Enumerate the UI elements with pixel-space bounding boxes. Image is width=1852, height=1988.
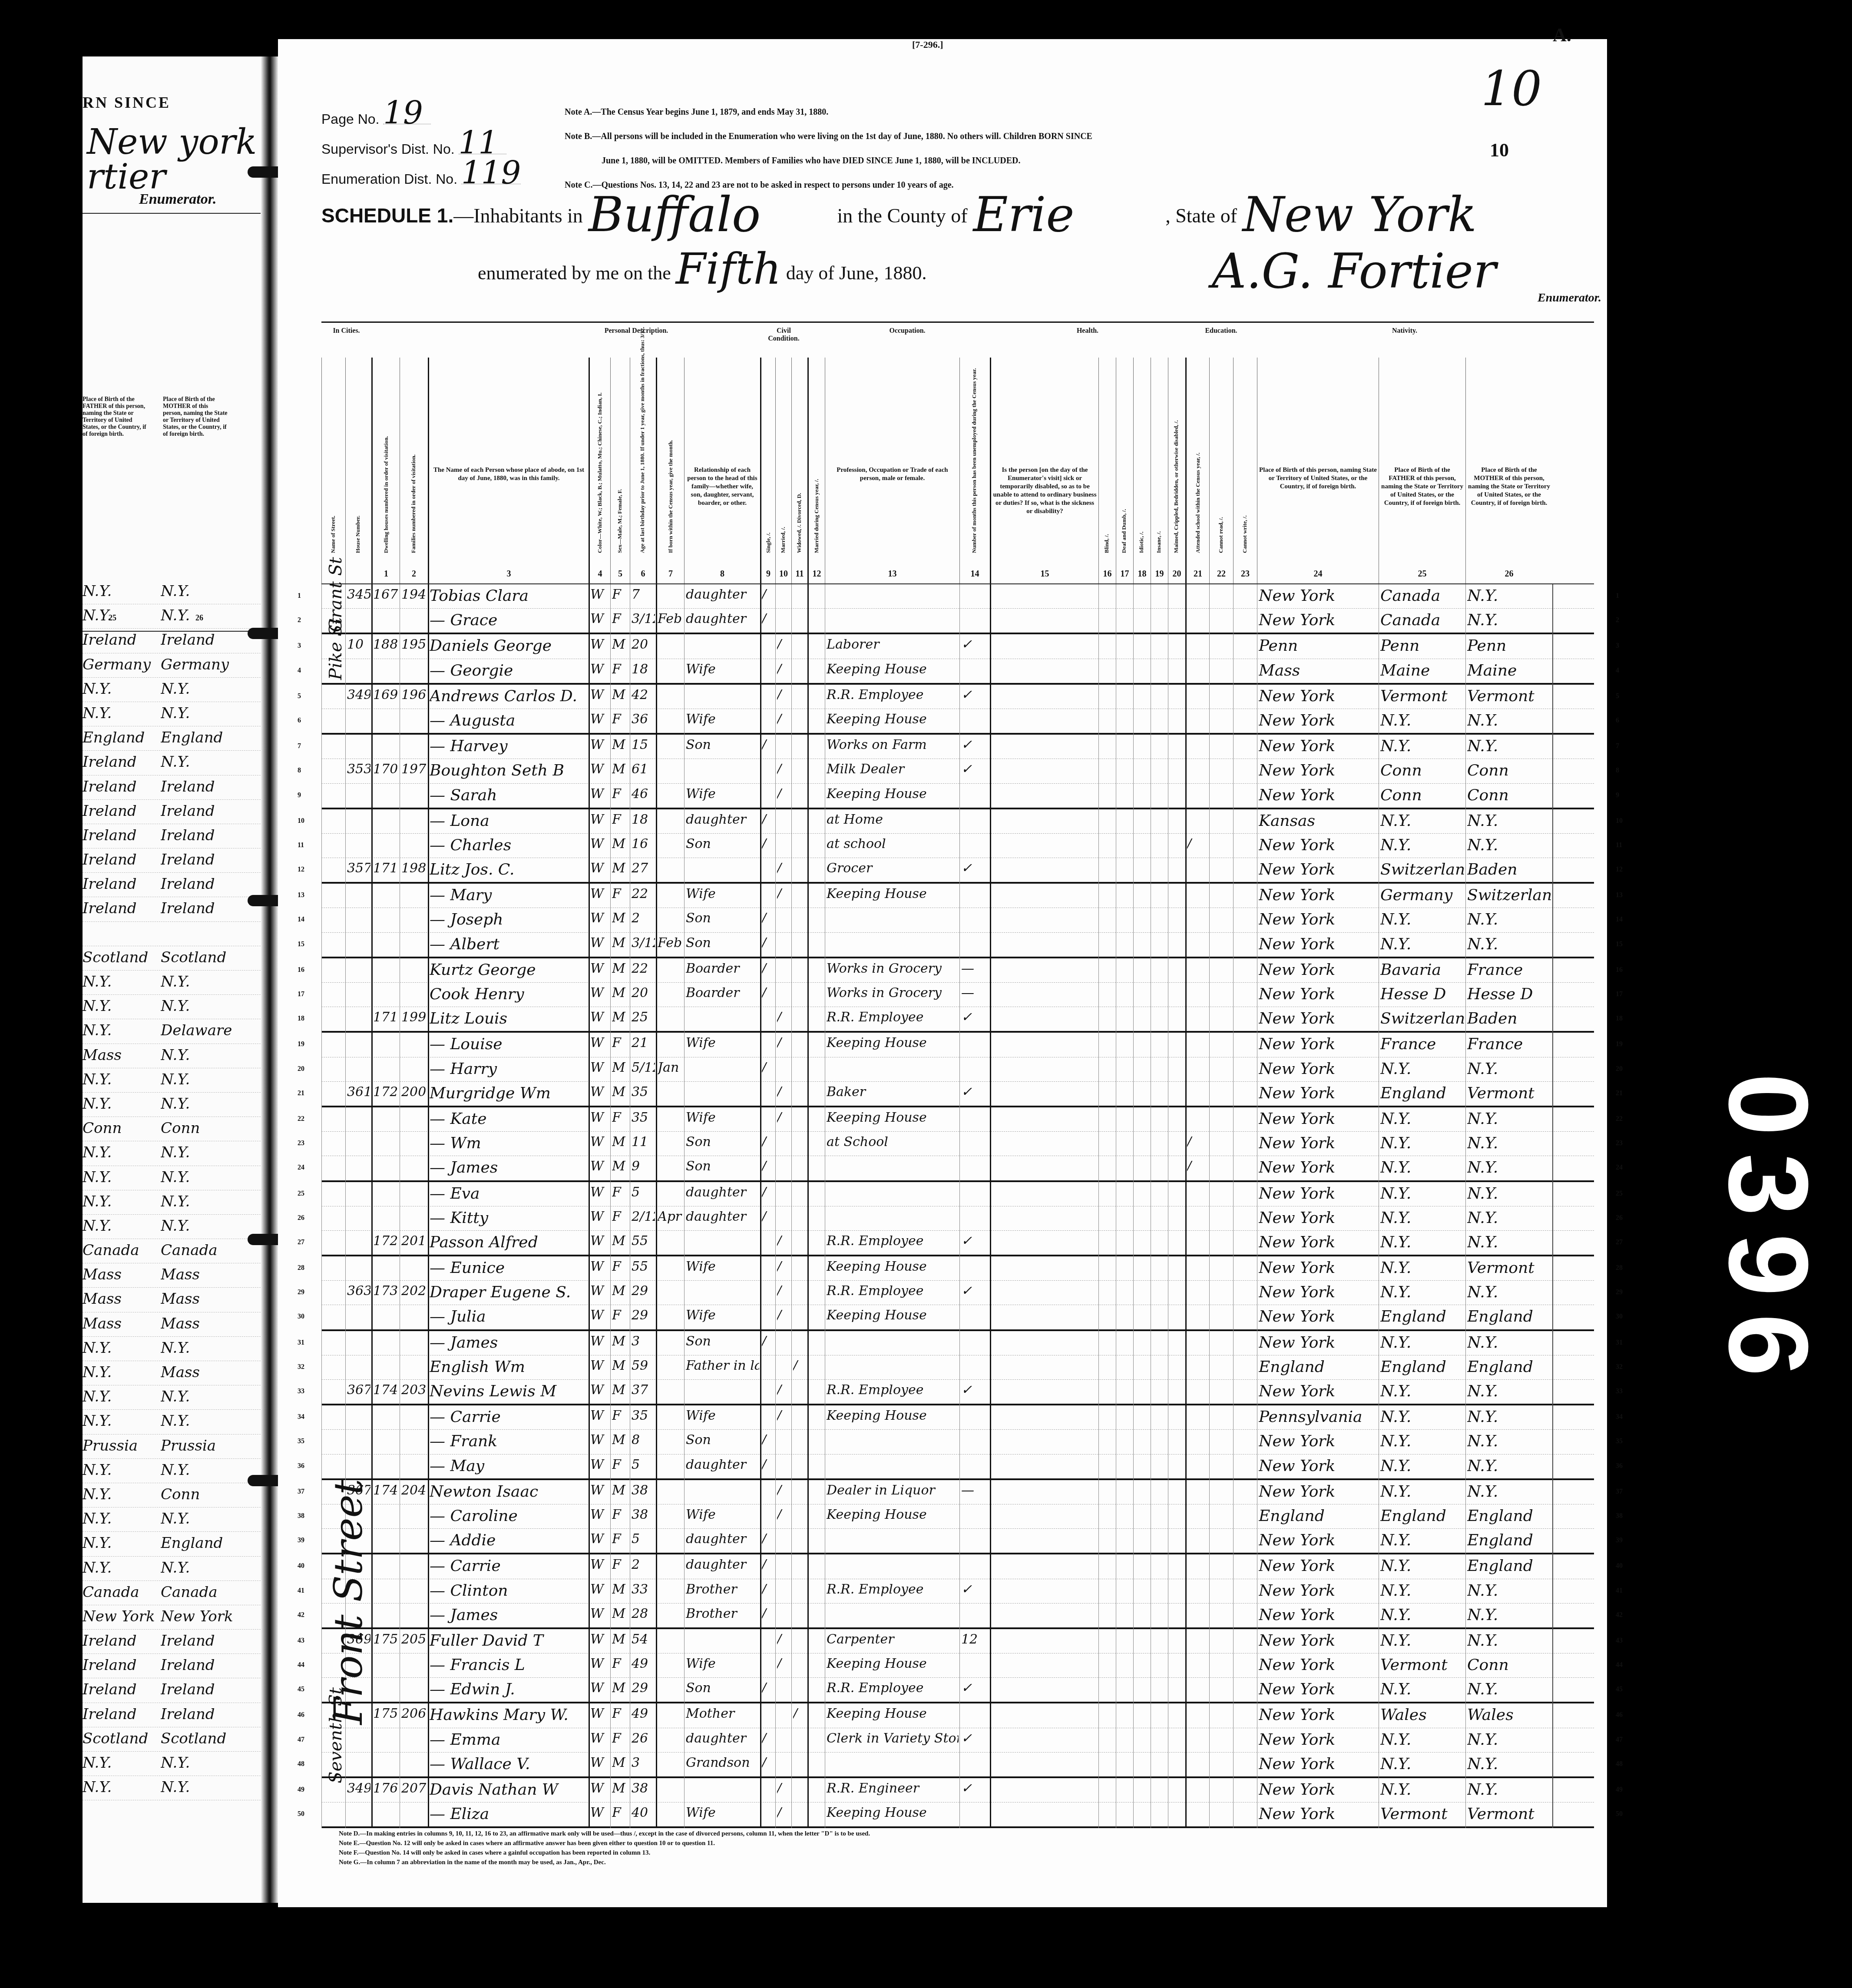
grid-line	[1098, 584, 1099, 1828]
enumeration-date-line: enumerated by me on the Fifth day of Jun…	[478, 243, 927, 294]
cell-color: W	[590, 1656, 609, 1671]
line-number-right: 21	[1616, 1090, 1623, 1097]
column-header-text: Sex—Male, M.; Female, F.	[616, 489, 623, 553]
table-row: 4— GeorgieWF18Wife/Keeping HouseMassMain…	[321, 659, 1594, 685]
line-number-right: 50	[1616, 1810, 1623, 1818]
line-number: 35	[298, 1438, 304, 1445]
footnotes: Note D.—In making entries in columns 9, …	[339, 1829, 870, 1867]
prev-row: IrelandIreland45	[83, 1654, 261, 1678]
table-row: 16Kurtz GeorgeWM22Boarder/Works in Groce…	[321, 958, 1594, 983]
table-row: 34— CarrieWF35Wife/Keeping HousePennsylv…	[321, 1405, 1594, 1430]
table-row: 6— AugustaWF36Wife/Keeping HouseNew York…	[321, 709, 1594, 735]
cell-pob: New York	[1259, 762, 1378, 779]
cell-name: — Caroline	[430, 1507, 588, 1525]
cell-sex: M	[612, 961, 629, 976]
cell-color: W	[590, 985, 609, 1001]
cell-age: 28	[632, 1606, 655, 1621]
grid-line	[1209, 584, 1210, 1828]
note-a: Note A.—The Census Year begins June 1, 1…	[565, 100, 1092, 124]
line-number: 47	[298, 1736, 304, 1744]
cell-occ: Keeping House	[827, 662, 959, 677]
note-d: Note D.—In making entries in columns 9, …	[339, 1829, 870, 1839]
cell-occ: Keeping House	[827, 1035, 959, 1050]
cell-fpob: Switzerland	[1380, 861, 1465, 878]
cell-pob: New York	[1259, 1606, 1378, 1624]
line-number-right: 23	[1616, 1140, 1623, 1147]
line-number-right: 2	[1616, 616, 1619, 624]
prev-row: N.Y.N.Y.32	[83, 1337, 261, 1361]
prev-row: N.Y.England40	[83, 1532, 261, 1556]
cell-name: — Edwin J.	[430, 1680, 588, 1698]
cell-pob: Mass	[1259, 662, 1378, 679]
cell-sex: M	[612, 1382, 629, 1398]
line-number: 12	[298, 866, 304, 874]
cell-fpob: N.Y.	[1380, 1233, 1465, 1251]
prev-cell-26: England	[161, 1534, 223, 1552]
prev-cell-25: N.Y.	[83, 1486, 161, 1503]
column-header-8: Relationship of each person to the head …	[684, 358, 760, 583]
column-header-18: Idiotic, /.18	[1133, 358, 1151, 583]
cell-occ: at school	[827, 836, 959, 852]
street-name: Seventh St	[326, 1687, 346, 1783]
cell-color: W	[590, 712, 609, 727]
cell-occ: Keeping House	[827, 786, 959, 802]
prev-cell-25: N.Y.	[83, 1779, 161, 1796]
cell-sex: F	[612, 611, 629, 626]
cell-widowed: /	[793, 1358, 807, 1373]
header-group-occupation: Occupation.	[825, 323, 990, 335]
column-number: 18	[1134, 569, 1151, 579]
cell-age: 38	[632, 1483, 655, 1498]
cell-mpob: N.Y.	[1467, 1582, 1551, 1600]
prev-cell-25: Ireland	[83, 875, 161, 893]
cell-married: /	[777, 1507, 790, 1522]
cell-name: — Charles	[430, 836, 588, 854]
cell-sex: M	[612, 1358, 629, 1373]
prev-cell-26: N.Y.	[161, 583, 190, 600]
film-frame-number: 0396	[1703, 1073, 1833, 1203]
prev-cell-26: N.Y.	[161, 1754, 190, 1772]
cell-school: /	[1187, 1134, 1208, 1150]
cell-name: — James	[430, 1334, 588, 1352]
cell-age: 3	[632, 1334, 655, 1349]
cell-fam: 200	[401, 1084, 427, 1100]
note-b-cont: June 1, 1880, will be OMITTED. Members o…	[565, 149, 1092, 173]
cell-color: W	[590, 1382, 609, 1398]
prev-cell-25: N.Y.	[83, 1412, 161, 1430]
cell-pob: Penn	[1259, 637, 1378, 655]
cell-school: /	[1187, 836, 1208, 852]
cell-married: /	[777, 637, 790, 652]
table-row: 50— ElizaWF40Wife/Keeping HouseNew YorkV…	[321, 1802, 1594, 1828]
cell-age: 59	[632, 1358, 655, 1373]
cell-single: /	[762, 1432, 774, 1448]
table-row: 20— HarryWM5/12Jan/New YorkN.Y.N.Y.20	[321, 1057, 1594, 1082]
cell-occ: R.R. Employee	[827, 1283, 959, 1299]
cell-mpob: England	[1467, 1531, 1551, 1549]
table-row: 31— JamesWM3Son/New YorkN.Y.N.Y.31	[321, 1331, 1594, 1355]
prev-row: N.Y.N.Y.6	[83, 702, 261, 726]
prev-cell-25: Ireland	[83, 1657, 161, 1674]
cell-sex: M	[612, 1781, 629, 1796]
cell-sex: M	[612, 1755, 629, 1770]
column-number: 17	[1116, 569, 1133, 579]
cell-unemp: ✓	[961, 1582, 989, 1597]
cell-sex: F	[612, 1308, 629, 1323]
cell-color: W	[590, 737, 609, 752]
cell-sex: F	[612, 886, 629, 901]
cell-rel: Wife	[686, 1805, 759, 1820]
prev-cell-25: Ireland	[83, 802, 161, 820]
prev-cell-26: N.Y.	[161, 1071, 190, 1088]
cell-sex: F	[612, 1656, 629, 1671]
column-header-text: Cannot read, /.	[1217, 517, 1224, 553]
cell-sex: F	[612, 786, 629, 802]
table-row: 22— KateWF35Wife/Keeping HouseNew YorkN.…	[321, 1107, 1594, 1132]
cell-name: — Wm	[430, 1134, 588, 1152]
cell-occ: R.R. Employee	[827, 1010, 959, 1025]
cell-age: 33	[632, 1582, 655, 1597]
prev-row: New YorkNew York43	[83, 1605, 261, 1630]
table-row: 47— EmmaWF26daughter/Clerk in Variety St…	[321, 1728, 1594, 1753]
cell-married: /	[777, 1110, 790, 1125]
cell-age: 2	[632, 1557, 655, 1572]
cell-age: 5/12	[632, 1060, 655, 1075]
cell-color: W	[590, 1408, 609, 1423]
cell-name: — Emma	[430, 1731, 588, 1749]
cell-color: W	[590, 1283, 609, 1299]
prev-cell-25: England	[83, 729, 161, 746]
cell-fpob: England	[1380, 1308, 1465, 1325]
line-number: 18	[298, 1015, 304, 1023]
line-number: 34	[298, 1413, 304, 1421]
table-row: 32English WmWM59Father in law/EnglandEng…	[321, 1355, 1594, 1380]
column-header-text: Dwelling houses numbered in order of vis…	[383, 436, 390, 553]
cell-sex: F	[612, 1110, 629, 1125]
column-number: 7	[657, 569, 684, 579]
prev-rows: N.Y.N.Y.1N.Y.N.Y.2IrelandIreland3Germany…	[83, 580, 261, 1800]
cell-month: Jan	[658, 1060, 683, 1075]
line-number-right: 38	[1616, 1512, 1623, 1520]
prev-cell-25: N.Y.	[83, 1534, 161, 1552]
cell-mpob: N.Y.	[1467, 1731, 1551, 1749]
table-row: 17Cook HenryWM20Boarder/Works in Grocery…	[321, 983, 1594, 1007]
cell-fpob: N.Y.	[1380, 1680, 1465, 1698]
cell-occ: Keeping House	[827, 1706, 959, 1721]
cell-name: — Eva	[430, 1185, 588, 1203]
column-header-1: Dwelling houses numbered in order of vis…	[371, 358, 400, 583]
note-g: Note G.—In column 7 an abbreviation in t…	[339, 1858, 870, 1867]
column-header-text: Number of months this person has been un…	[971, 368, 978, 553]
cell-occ: Laborer	[827, 637, 959, 652]
prev-cell-25: N.Y.	[83, 1144, 161, 1161]
prev-cell-25: N.Y.	[83, 997, 161, 1015]
line-number-right: 36	[1616, 1462, 1623, 1470]
column-header-text: Cannot write, /.	[1241, 515, 1248, 553]
table-row: 46175206Hawkins Mary W.WF49Mother/Keepin…	[321, 1703, 1594, 1728]
cell-pob: New York	[1259, 886, 1378, 904]
column-number: 19	[1151, 569, 1168, 579]
table-row: 310188195Daniels GeorgeWM20/Laborer✓Penn…	[321, 634, 1594, 659]
prev-cell-25: N.Y.	[83, 1559, 161, 1577]
cell-fpob: N.Y.	[1380, 737, 1465, 755]
grid-line	[1379, 584, 1379, 1828]
prev-cell-25: Ireland	[83, 900, 161, 917]
prev-cell-26: N.Y.	[161, 753, 190, 771]
cell-unemp: —	[961, 961, 989, 976]
cell-single: /	[762, 812, 774, 827]
prev-cell-25: N.Y.	[83, 1095, 161, 1113]
cell-dwell: 175	[373, 1632, 399, 1647]
cell-rel: Son	[686, 737, 759, 752]
header-group-nativity: Nativity.	[1257, 323, 1552, 335]
cell-mpob: Baden	[1467, 1010, 1551, 1027]
handwritten-corner-number: 10	[1481, 61, 1542, 116]
column-number: 14	[960, 569, 990, 579]
column-header-text: Widowed, /. Divorced, D.	[796, 493, 803, 553]
cell-fpob: N.Y.	[1380, 1060, 1465, 1078]
cell-fpob: Penn	[1380, 637, 1465, 655]
line-number-right: 34	[1616, 1413, 1623, 1421]
cell-name: — Kitty	[430, 1209, 588, 1227]
column-number: 25	[1379, 569, 1465, 579]
cell-occ: R.R. Employee	[827, 1680, 959, 1696]
prev-cell-25: N.Y.	[83, 1754, 161, 1772]
line-number-right: 37	[1616, 1488, 1623, 1496]
prev-col25-header: Place of Birth of the FATHER of this per…	[83, 396, 148, 438]
cell-single: /	[762, 1755, 774, 1770]
grid-line	[321, 584, 322, 1828]
prev-cell-26: Ireland	[161, 827, 215, 844]
cell-occ: Keeping House	[827, 1259, 959, 1274]
cell-mpob: N.Y.	[1467, 737, 1551, 755]
supervisor-dist: 11	[459, 132, 506, 154]
cell-sex: F	[612, 1706, 629, 1721]
prev-row: MassMass29	[83, 1263, 261, 1288]
grid-line	[1168, 584, 1168, 1828]
cell-sex: F	[612, 812, 629, 827]
column-header-text: Families numbered in order of visitation…	[410, 454, 417, 553]
cell-fpob: Vermont	[1380, 1805, 1465, 1823]
cell-married: /	[777, 1308, 790, 1323]
line-number: 31	[298, 1339, 304, 1347]
column-header-16: Blind, /.16	[1098, 358, 1116, 583]
cell-fpob: Vermont	[1380, 687, 1465, 705]
cell-color: W	[590, 935, 609, 951]
cell-fpob: N.Y.	[1380, 911, 1465, 928]
prev-cell-26: N.Y.	[161, 607, 190, 624]
cell-pob: New York	[1259, 1185, 1378, 1203]
line-number: 37	[298, 1488, 304, 1496]
cell-mpob: England	[1467, 1557, 1551, 1575]
cell-mpob: N.Y.	[1467, 1159, 1551, 1176]
cell-rel: Wife	[686, 1110, 759, 1125]
cell-pob: New York	[1259, 1308, 1378, 1325]
line-number-right: 19	[1616, 1040, 1623, 1048]
cell-single: /	[762, 1557, 774, 1572]
prev-row: N.Y.N.Y.18	[83, 995, 261, 1019]
column-header-text: Insane, /.	[1155, 531, 1162, 553]
cell-rel: daughter	[686, 1557, 759, 1572]
cell-pob: New York	[1259, 1233, 1378, 1251]
cell-mpob: N.Y.	[1467, 1185, 1551, 1203]
cell-name: — Sarah	[430, 786, 588, 804]
grid-line	[428, 584, 429, 1828]
cell-fam: 202	[401, 1283, 427, 1299]
cell-pob: New York	[1259, 1134, 1378, 1152]
cell-mpob: Vermont	[1467, 1084, 1551, 1102]
cell-name: Andrews Carlos D.	[430, 687, 588, 705]
cell-unemp: ✓	[961, 687, 989, 702]
cell-color: W	[590, 1755, 609, 1770]
grid-line	[1185, 584, 1187, 1828]
cell-fpob: N.Y.	[1380, 1334, 1465, 1352]
cell-rel: daughter	[686, 611, 759, 626]
line-number-right: 3	[1616, 642, 1619, 650]
cell-married: /	[777, 712, 790, 727]
prev-row: CanadaCanada28	[83, 1239, 261, 1263]
line-number-right: 6	[1616, 717, 1619, 725]
cell-occ: Keeping House	[827, 1308, 959, 1323]
cell-fpob: N.Y.	[1380, 1259, 1465, 1277]
prev-row: N.Y.N.Y.21	[83, 1068, 261, 1093]
cell-age: 25	[632, 1010, 655, 1025]
cell-color: W	[590, 1159, 609, 1174]
cell-fpob: Conn	[1380, 786, 1465, 804]
table-row: 40— CarrieWF2daughter/New YorkN.Y.Englan…	[321, 1554, 1594, 1579]
cell-unemp: 12	[961, 1632, 989, 1647]
cell-pob: New York	[1259, 1159, 1378, 1176]
cell-mpob: N.Y.	[1467, 1606, 1551, 1624]
cell-sex: F	[612, 1557, 629, 1572]
column-header-text: Profession, Occupation or Trade of each …	[827, 466, 958, 483]
grid-line	[684, 584, 685, 1828]
cell-pob: New York	[1259, 1755, 1378, 1773]
cell-fpob: N.Y.	[1380, 712, 1465, 729]
column-header-19: Insane, /.19	[1151, 358, 1168, 583]
cell-name: Davis Nathan W	[430, 1781, 588, 1799]
cell-name: Passon Alfred	[430, 1233, 588, 1251]
cell-name: — Albert	[430, 935, 588, 953]
cell-name: Fuller David T	[430, 1632, 588, 1650]
column-header-text: Age at last birthday prior to June 1, 18…	[639, 327, 646, 553]
line-number: 6	[298, 717, 301, 725]
line-number-right: 5	[1616, 692, 1619, 700]
cell-name: — Grace	[430, 611, 588, 629]
cell-rel: daughter	[686, 812, 759, 827]
cell-color: W	[590, 637, 609, 652]
cell-unemp: —	[961, 1483, 989, 1498]
prev-row: MassMass30	[83, 1288, 261, 1312]
cell-age: 3	[632, 1755, 655, 1770]
cell-pob: New York	[1259, 935, 1378, 953]
column-header-text: The Name of each Person whose place of a…	[431, 466, 587, 483]
cell-age: 27	[632, 861, 655, 876]
cell-color: W	[590, 611, 609, 626]
cell-mpob: Hesse D	[1467, 985, 1551, 1003]
cell-fpob: Canada	[1380, 587, 1465, 605]
prev-cell-25: Ireland	[83, 778, 161, 795]
cell-fpob: N.Y.	[1380, 1781, 1465, 1799]
line-number: 40	[298, 1562, 304, 1570]
prev-row: IrelandIreland44	[83, 1630, 261, 1654]
cell-fpob: N.Y.	[1380, 1557, 1465, 1575]
cell-fam: 204	[401, 1483, 427, 1498]
cell-color: W	[590, 911, 609, 926]
cell-dwell: 175	[373, 1706, 399, 1721]
cell-rel: daughter	[686, 1531, 759, 1547]
cell-age: 35	[632, 1084, 655, 1100]
cell-mpob: N.Y.	[1467, 1781, 1551, 1799]
cell-occ: at School	[827, 1134, 959, 1150]
prev-row: N.Y.N.Y.35	[83, 1410, 261, 1434]
cell-mpob: N.Y.	[1467, 1483, 1551, 1501]
cell-pob: England	[1259, 1507, 1378, 1525]
prev-cell-25: N.Y.	[83, 1461, 161, 1479]
prev-row: ScotlandScotland16	[83, 946, 261, 971]
binder-spine	[261, 56, 278, 1903]
column-header-text: Attended school within the Census year, …	[1194, 453, 1201, 553]
cell-sex: F	[612, 587, 629, 602]
line-number-right: 13	[1616, 891, 1623, 899]
cell-mpob: Wales	[1467, 1706, 1551, 1724]
cell-fam: 194	[401, 587, 427, 602]
cell-single: /	[762, 737, 774, 752]
cell-name: — Julia	[430, 1308, 588, 1325]
line-number: 19	[298, 1040, 304, 1048]
cell-single: /	[762, 836, 774, 852]
column-header-26: Place of Birth of the MOTHER of this per…	[1465, 358, 1552, 583]
cell-name: — Francis L	[430, 1656, 588, 1674]
line-number: 7	[298, 742, 301, 750]
column-header-14: Number of months this person has been un…	[959, 358, 990, 583]
prev-cell-26: Canada	[161, 1584, 218, 1601]
cell-rel: Wife	[686, 1656, 759, 1671]
cell-sex: F	[612, 1209, 629, 1224]
prev-cell-26: N.Y.	[161, 1510, 190, 1527]
cell-age: 11	[632, 1134, 655, 1150]
line-number: 48	[298, 1760, 304, 1768]
cell-sex: M	[612, 1283, 629, 1299]
prev-cell-25: N.Y.	[83, 1510, 161, 1527]
cell-sex: F	[612, 1507, 629, 1522]
cell-rel: Wife	[686, 1259, 759, 1274]
line-number: 39	[298, 1537, 304, 1544]
line-number: 43	[298, 1637, 304, 1645]
cell-unemp: ✓	[961, 762, 989, 777]
prev-cell-26: Mass	[161, 1315, 200, 1332]
column-header-text: Place of Birth of the FATHER of this per…	[1381, 466, 1464, 507]
line-number-right: 11	[1616, 842, 1622, 849]
cell-sex: M	[612, 1680, 629, 1696]
cell-color: W	[590, 786, 609, 802]
table-row: 28— EuniceWF55Wife/Keeping HouseNew York…	[321, 1256, 1594, 1281]
table-row: 11— CharlesWM16Son/at school/New YorkN.Y…	[321, 834, 1594, 858]
line-number-right: 1	[1616, 592, 1619, 600]
cell-married: /	[777, 1408, 790, 1423]
street-name: Pike St	[326, 617, 346, 680]
column-header-12: Married during Census year, /.12	[807, 358, 825, 583]
grid-line	[610, 584, 611, 1828]
line-number: 11	[298, 842, 304, 849]
cell-fpob: Hesse D	[1380, 985, 1465, 1003]
cell-color: W	[590, 1209, 609, 1224]
cell-color: W	[590, 1507, 609, 1522]
table-row: 33367174203Nevins Lewis MWM37/R.R. Emplo…	[321, 1380, 1594, 1405]
column-header-20: Maimed, Crippled, Bedridden, or otherwis…	[1168, 358, 1185, 583]
prev-cell-26: England	[161, 729, 223, 746]
cell-age: 35	[632, 1408, 655, 1423]
